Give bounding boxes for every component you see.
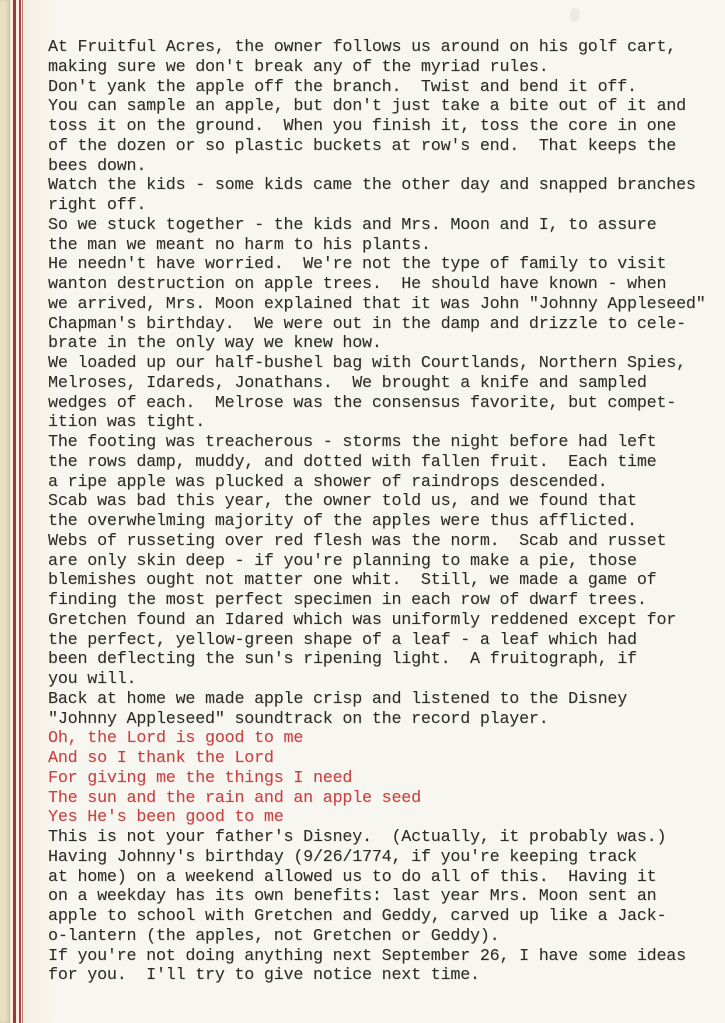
text-line: toss it on the ground. When you finish i…: [48, 117, 725, 137]
lyric-line: For giving me the things I need: [48, 769, 725, 789]
lyric-line: Yes He's been good to me: [48, 808, 725, 828]
text-line: the overwhelming majority of the apples …: [48, 512, 725, 532]
text-line: Gretchen found an Idared which was unifo…: [48, 611, 725, 631]
text-line: Webs of russeting over red flesh was the…: [48, 532, 725, 552]
text-line: "Johnny Appleseed" soundtrack on the rec…: [48, 710, 725, 730]
text-line: You can sample an apple, but don't just …: [48, 97, 725, 117]
text-line: finding the most perfect specimen in eac…: [48, 591, 725, 611]
text-line: at home) on a weekend allowed us to do a…: [48, 868, 725, 888]
text-line: bees down.: [48, 157, 725, 177]
text-line: a ripe apple was plucked a shower of rai…: [48, 473, 725, 493]
text-line: on a weekday has its own benefits: last …: [48, 887, 725, 907]
text-line: are only skin deep - if you're planning …: [48, 552, 725, 572]
text-line: brate in the only way we knew how.: [48, 334, 725, 354]
text-line: Scab was bad this year, the owner told u…: [48, 492, 725, 512]
lyric-line: And so I thank the Lord: [48, 749, 725, 769]
page-edge-strip: [0, 0, 10, 1023]
text-line: apple to school with Gretchen and Geddy,…: [48, 907, 725, 927]
text-line: If you're not doing anything next Septem…: [48, 947, 725, 967]
text-line: blemishes ought not matter one whit. Sti…: [48, 571, 725, 591]
text-line: you will.: [48, 670, 725, 690]
text-line: Chapman's birthday. We were out in the d…: [48, 315, 725, 335]
margin-rule-outer: [13, 0, 16, 1023]
text-line: we arrived, Mrs. Moon explained that it …: [48, 295, 725, 315]
paper-page: { "page": { "colors": { "paper": "#f8f6f…: [0, 0, 725, 1023]
text-line: making sure we don't break any of the my…: [48, 58, 725, 78]
lyric-line: The sun and the rain and an apple seed: [48, 789, 725, 809]
lyric-line: Oh, the Lord is good to me: [48, 729, 725, 749]
text-line: the rows damp, muddy, and dotted with fa…: [48, 453, 725, 473]
text-line: been deflecting the sun's ripening light…: [48, 650, 725, 670]
text-line: the perfect, yellow-green shape of a lea…: [48, 631, 725, 651]
text-line: Melroses, Idareds, Jonathans. We brought…: [48, 374, 725, 394]
paper-smudge: [570, 8, 580, 22]
text-line: the man we meant no harm to his plants.: [48, 236, 725, 256]
text-line: o-lantern (the apples, not Gretchen or G…: [48, 927, 725, 947]
text-line: wedges of each. Melrose was the consensu…: [48, 394, 725, 414]
text-line: for you. I'll try to give notice next ti…: [48, 966, 725, 986]
margin-rule-inner: [19, 0, 21, 1023]
text-line: At Fruitful Acres, the owner follows us …: [48, 38, 725, 58]
text-line: ition was tight.: [48, 413, 725, 433]
text-line: Don't yank the apple off the branch. Twi…: [48, 78, 725, 98]
text-line: The footing was treacherous - storms the…: [48, 433, 725, 453]
text-line: of the dozen or so plastic buckets at ro…: [48, 137, 725, 157]
text-line: Back at home we made apple crisp and lis…: [48, 690, 725, 710]
text-line: Watch the kids - some kids came the othe…: [48, 176, 725, 196]
text-line: Having Johnny's birthday (9/26/1774, if …: [48, 848, 725, 868]
text-line: We loaded up our half-bushel bag with Co…: [48, 354, 725, 374]
typewritten-text: At Fruitful Acres, the owner follows us …: [48, 38, 725, 986]
text-line: wanton destruction on apple trees. He sh…: [48, 275, 725, 295]
margin-rule-thin: [22, 0, 23, 1023]
text-line: He needn't have worried. We're not the t…: [48, 255, 725, 275]
text-line: So we stuck together - the kids and Mrs.…: [48, 216, 725, 236]
text-line: right off.: [48, 196, 725, 216]
text-line: This is not your father's Disney. (Actua…: [48, 828, 725, 848]
